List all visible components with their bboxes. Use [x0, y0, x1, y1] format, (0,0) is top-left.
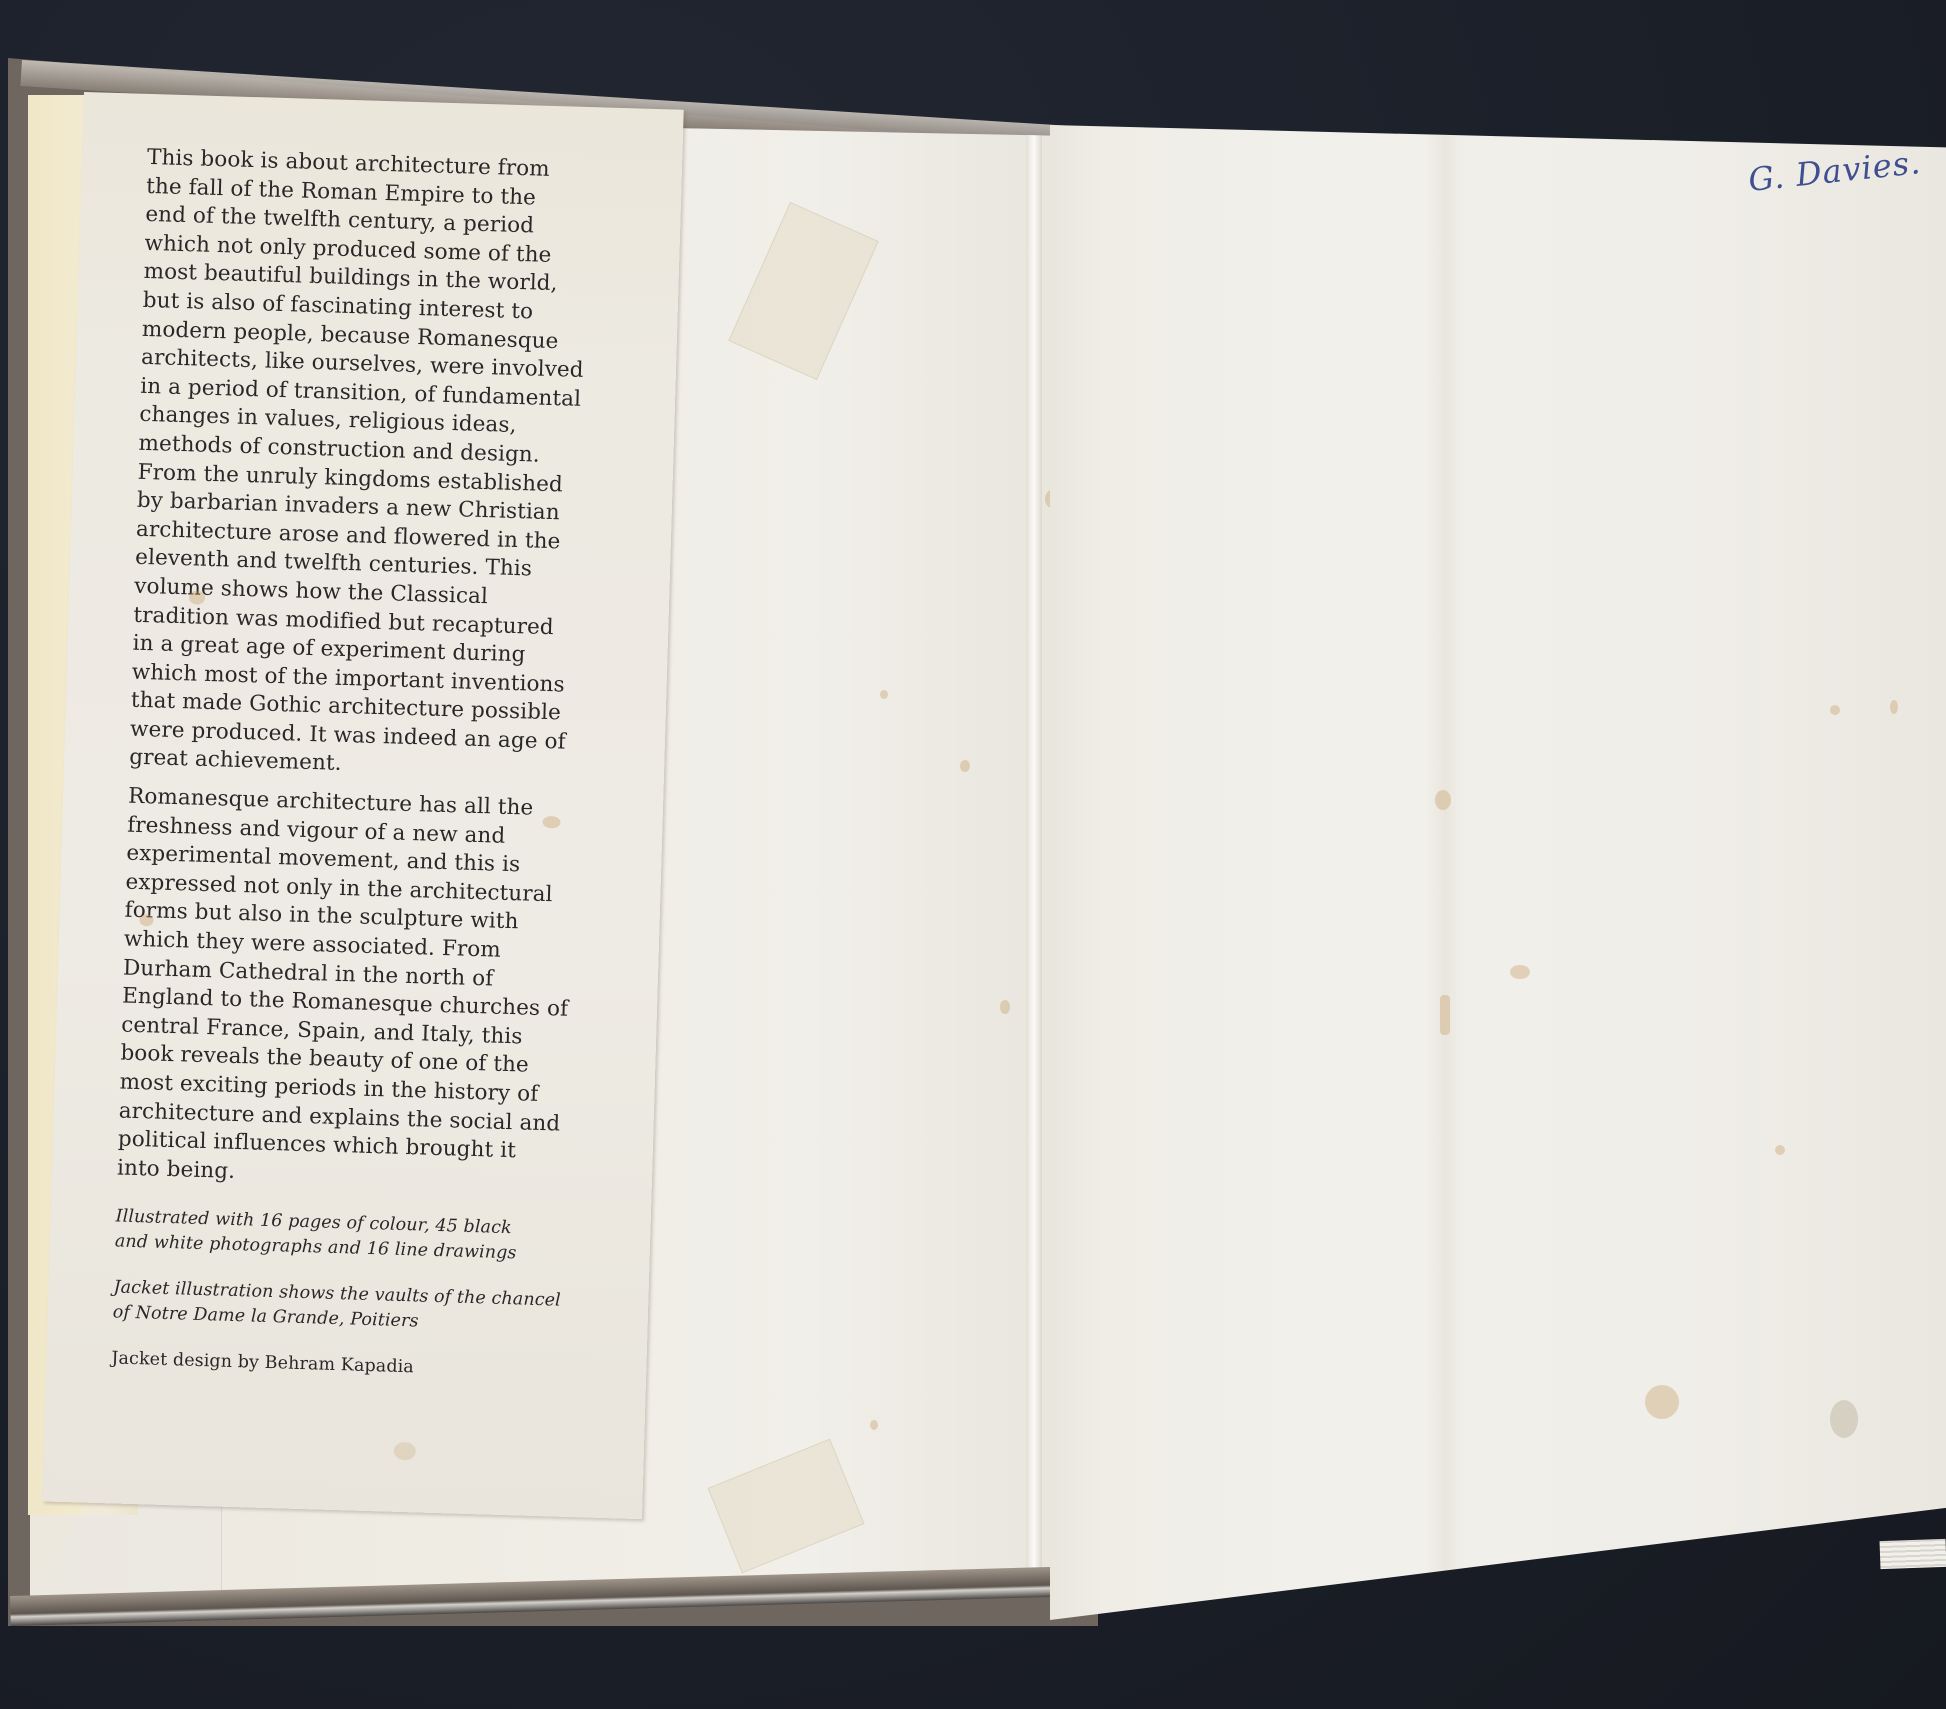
jacket-design-credit: Jacket design by Behram Kapadia — [111, 1347, 582, 1385]
gutter-hinge — [1026, 115, 1042, 1615]
foxing-stain — [1830, 705, 1840, 715]
water-stain — [1830, 1400, 1858, 1438]
jacket-front-flap: This book is about architecture from the… — [42, 92, 684, 1519]
foxing-stain — [1890, 700, 1898, 714]
foxing-stain — [1440, 995, 1450, 1035]
foxing-stain — [1775, 1145, 1785, 1155]
flap-blurb: This book is about architecture from the… — [111, 144, 618, 1395]
blurb-paragraph-1: This book is about architecture from the… — [129, 144, 617, 787]
blurb-paragraph-2: Romanesque architecture has all the fres… — [117, 783, 599, 1197]
foxing-stain — [960, 760, 970, 772]
illustrations-note: Illustrated with 16 pages of colour, 45 … — [115, 1205, 586, 1268]
foxing-stain — [394, 1442, 417, 1461]
foxing-stain — [870, 1420, 878, 1430]
foxing-stain — [1510, 965, 1530, 979]
jacket-illustration-note: Jacket illustration shows the vaults of … — [112, 1276, 583, 1339]
page-crease — [1425, 125, 1465, 1620]
foxing-stain — [1645, 1385, 1679, 1419]
foxing-stain — [1000, 1000, 1010, 1014]
foxing-stain — [880, 690, 888, 699]
page-edges — [1880, 1539, 1946, 1569]
foxing-stain — [1435, 790, 1451, 810]
front-free-endpaper — [1050, 125, 1946, 1620]
